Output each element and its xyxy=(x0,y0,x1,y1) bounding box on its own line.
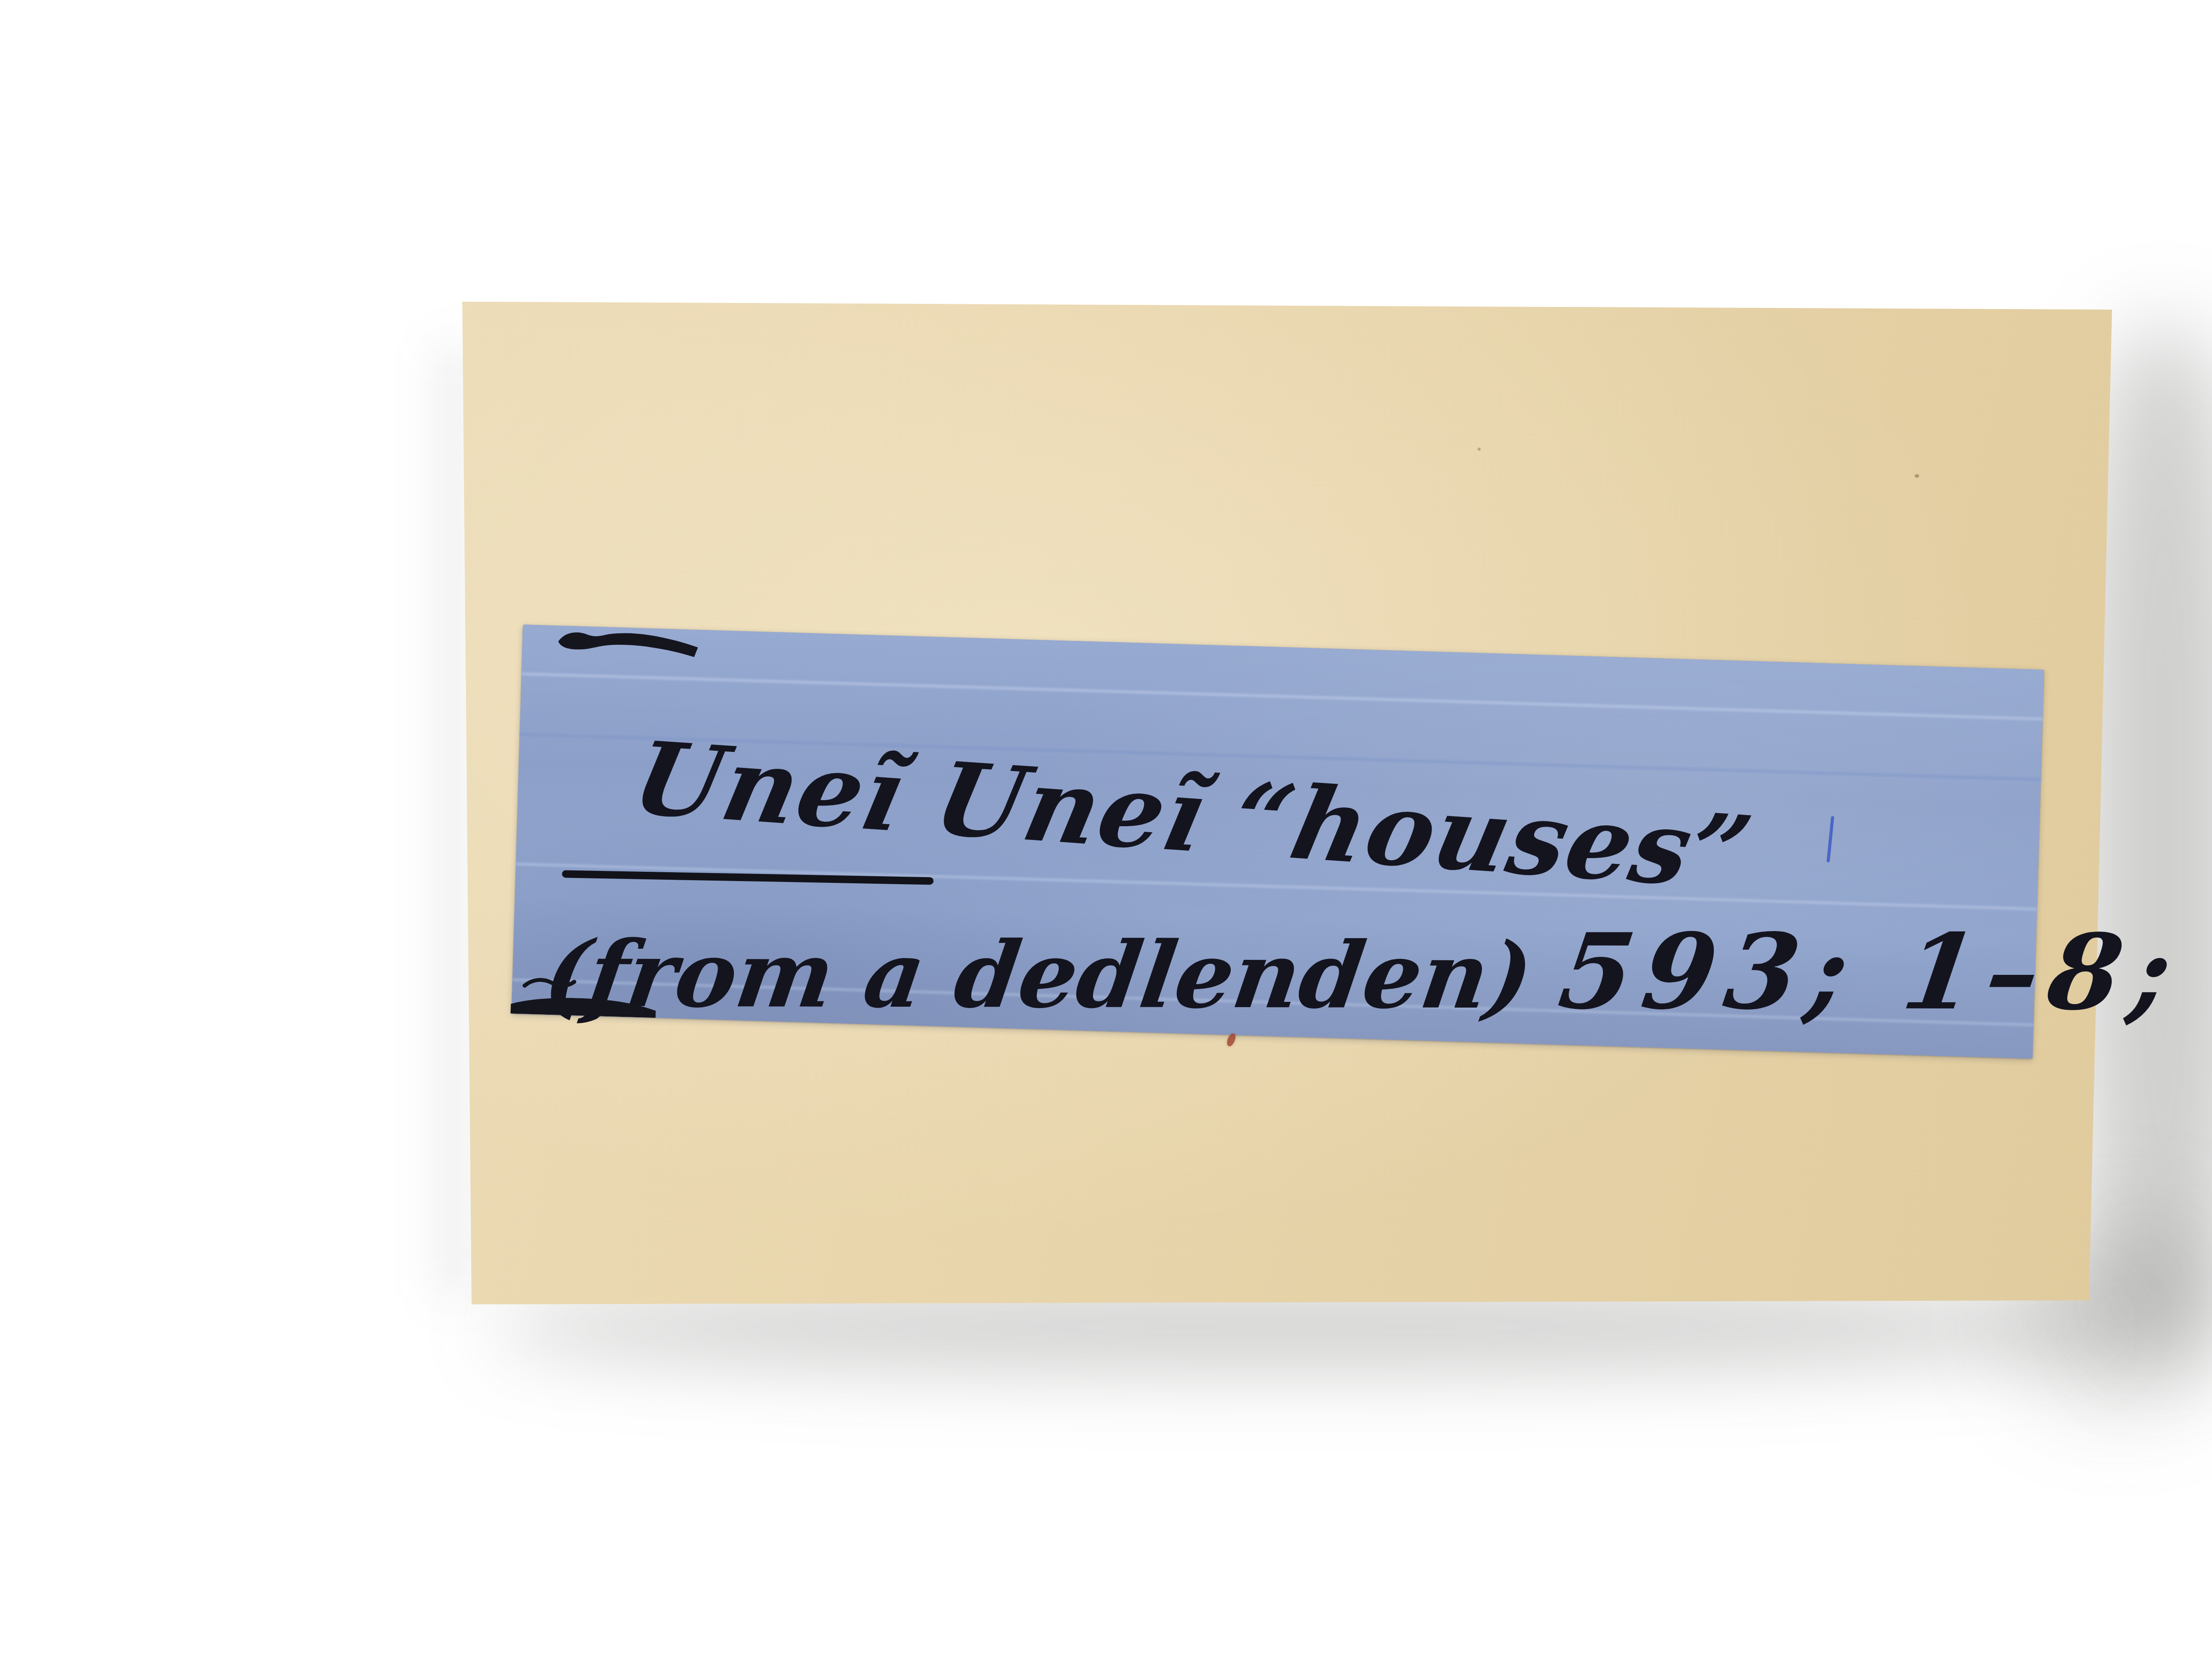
ink-mark-cutoff-bottom xyxy=(511,977,657,1018)
paper-fleck xyxy=(1478,448,1481,451)
photograph: UneĩUneĩ“houses” (from a dedlenden)593; … xyxy=(0,0,2212,1656)
handwriting-parenthetical: (from a dedlenden) xyxy=(538,920,1539,1029)
ink-mark-cutoff-top xyxy=(555,626,702,662)
handwriting-quoted-word: “houses” xyxy=(1223,760,1762,912)
handwriting-line-2: (from a dedlenden)593; 1–8; xyxy=(538,908,2189,1033)
ruled-line xyxy=(522,672,2043,721)
blue-paper-slip: UneĩUneĩ“houses” (from a dedlenden)593; … xyxy=(511,625,2044,1059)
paper-fleck xyxy=(1915,474,1919,478)
blue-ink-tick xyxy=(1827,816,1834,862)
handwriting-word-repeated: Uneĩ xyxy=(925,740,1217,875)
handwriting-catalog-numbers: 593; 1–8; xyxy=(1552,910,2189,1033)
handwriting-word-underlined: Uneĩ xyxy=(624,719,916,855)
